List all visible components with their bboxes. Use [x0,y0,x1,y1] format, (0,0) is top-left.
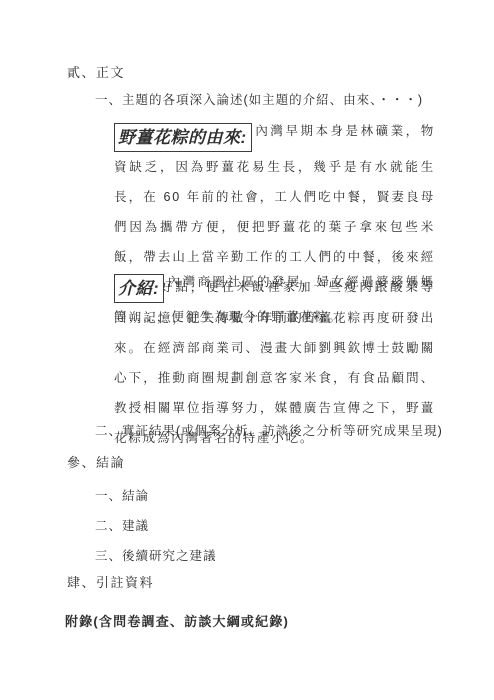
document-page: 貳、正文 一、主題的各項深入論述(如主題的介紹、由來、・・・) 野薑花粽的由來:… [0,0,494,700]
section-heading-conclusion: 參、結論 [67,452,125,471]
conclusion-item-future-research: 三、後續研究之建議 [95,546,217,564]
section-heading-references: 肆、引註資料 [67,572,154,591]
conclusion-item-conclusion: 一、結論 [95,486,149,504]
subitem-empirical-results: 二、實証結果(或個案分析、訪談後之分析等研究成果呈現) [95,421,443,439]
subitem-topic-discussion: 一、主題的各項深入論述(如主題的介紹、由來、・・・) [95,90,423,108]
boxed-heading-introduction: 介紹: [114,274,164,303]
section-heading-main-text: 貳、正文 [67,62,125,81]
conclusion-item-suggestions: 二、建議 [95,516,149,534]
boxed-heading-origin: 野薑花粽的由來: [114,123,252,152]
appendix-heading: 附錄(含問卷調查、訪談大綱或紀錄) [65,611,289,630]
